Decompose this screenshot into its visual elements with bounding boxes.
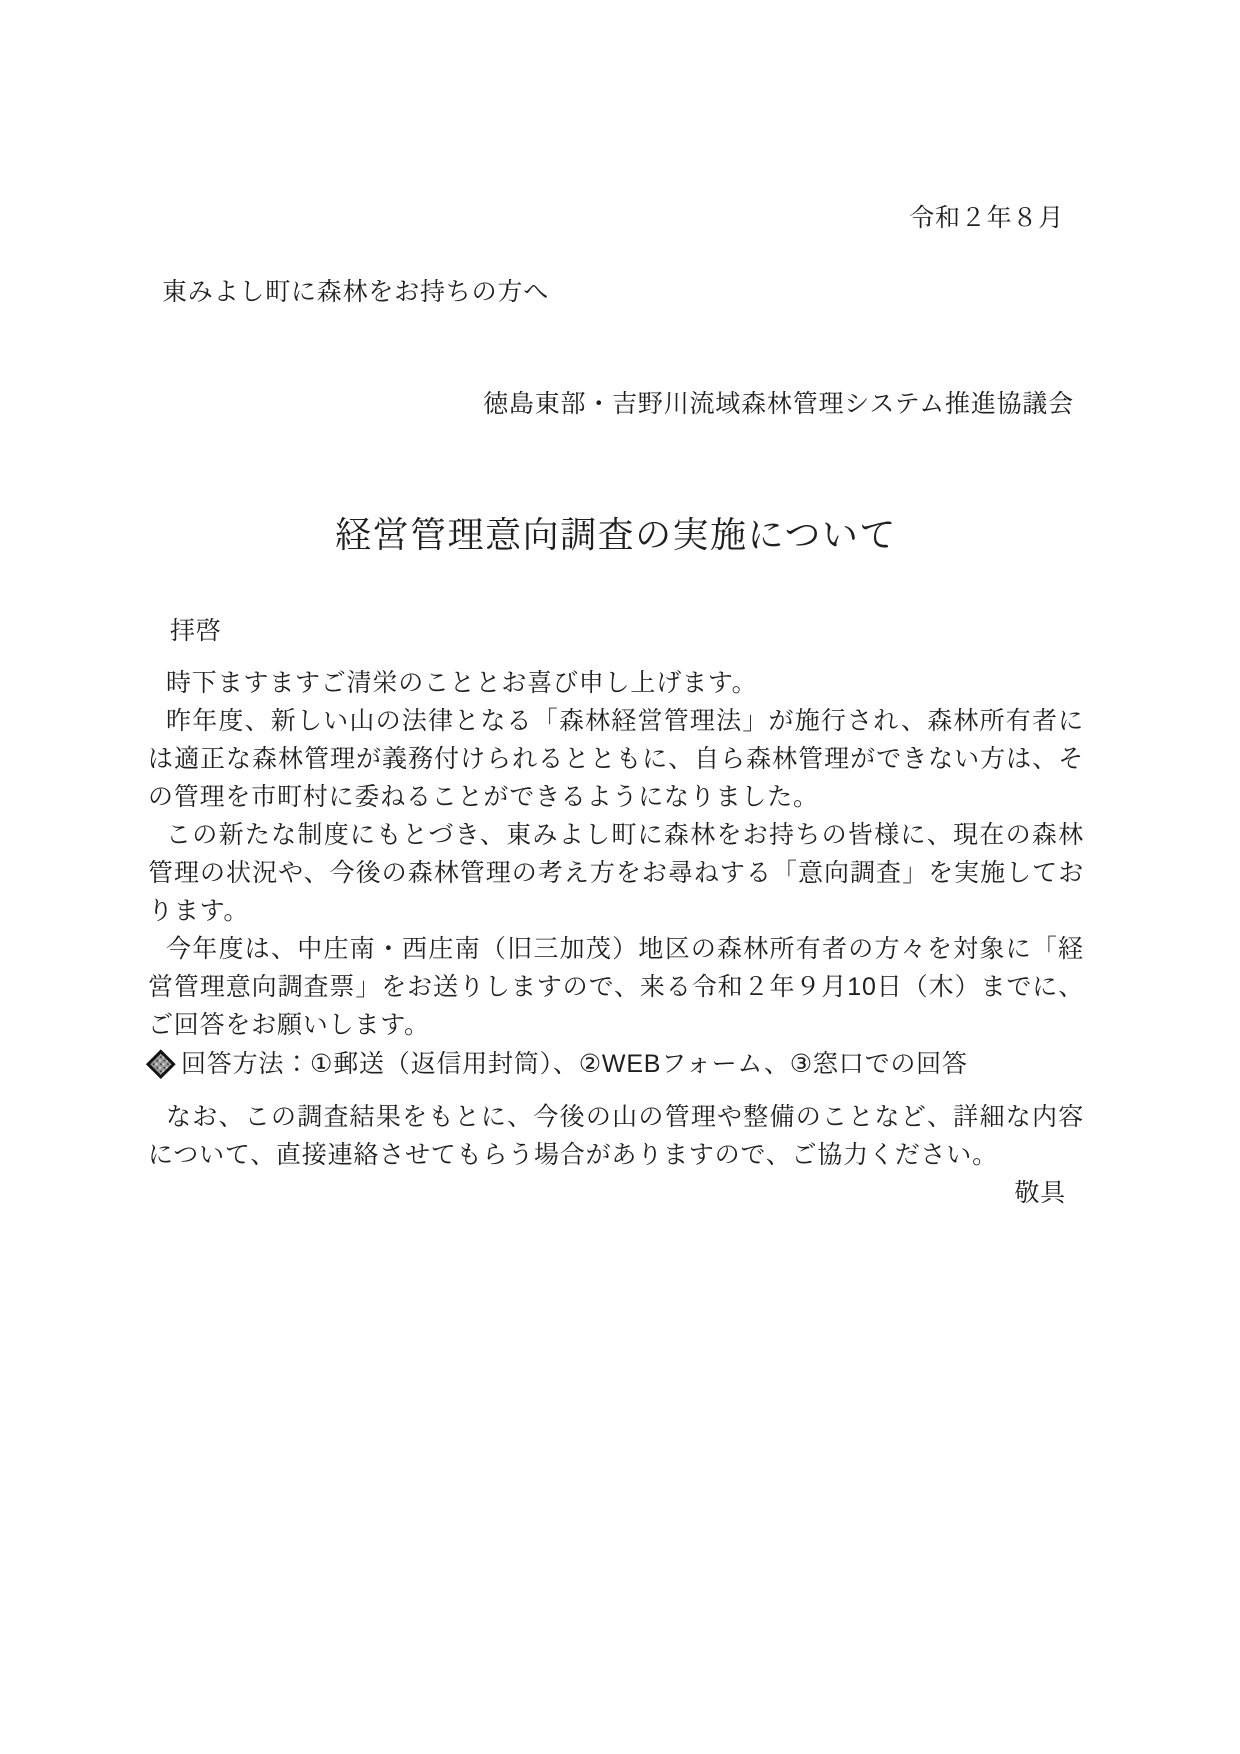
body-paragraph-4: 今年度は、中庄南・西庄南（旧三加茂）地区の森林所有者の方々を対象に「経営管理意向… xyxy=(148,930,1084,1044)
letter-content: 令和２年８月 東みよし町に森林をお持ちの方へ 徳島東部・吉野川流域森林管理システ… xyxy=(0,0,1240,1212)
diamond-bullet-icon xyxy=(146,1049,176,1079)
body-paragraph-3: この新たな制度にもとづき、東みよし町に森林をお持ちの皆様に、現在の森林管理の状況… xyxy=(148,816,1084,930)
reply-method-line: 回答方法：①郵送（返信用封筒）、②WEBフォーム、③窓口での回答 xyxy=(148,1044,1084,1084)
date-line: 令和２年８月 xyxy=(148,200,1084,236)
body-paragraph-2: 昨年度、新しい山の法律となる「森林経営管理法」が施行され、森林所有者には適正な森… xyxy=(148,702,1084,816)
letter-title: 経営管理意向調査の実施について xyxy=(148,510,1084,560)
sender-line: 徳島東部・吉野川流域森林管理システム推進協議会 xyxy=(148,386,1084,422)
note-paragraph: なお、この調査結果をもとに、今後の山の管理や整備のことなど、詳細な内容について、… xyxy=(148,1098,1084,1174)
recipient-line: 東みよし町に森林をお持ちの方へ xyxy=(148,274,1084,310)
body-paragraph-1: 時下ますますご清栄のこととお喜び申し上げます。 xyxy=(148,664,1084,702)
reply-method-text: 回答方法：①郵送（返信用封筒）、②WEBフォーム、③窓口での回答 xyxy=(181,1050,968,1078)
letter-page: 令和２年８月 東みよし町に森林をお持ちの方へ 徳島東部・吉野川流域森林管理システ… xyxy=(0,0,1240,1754)
closing-word: 敬具 xyxy=(148,1174,1084,1212)
salutation: 拝啓 xyxy=(148,612,1084,650)
